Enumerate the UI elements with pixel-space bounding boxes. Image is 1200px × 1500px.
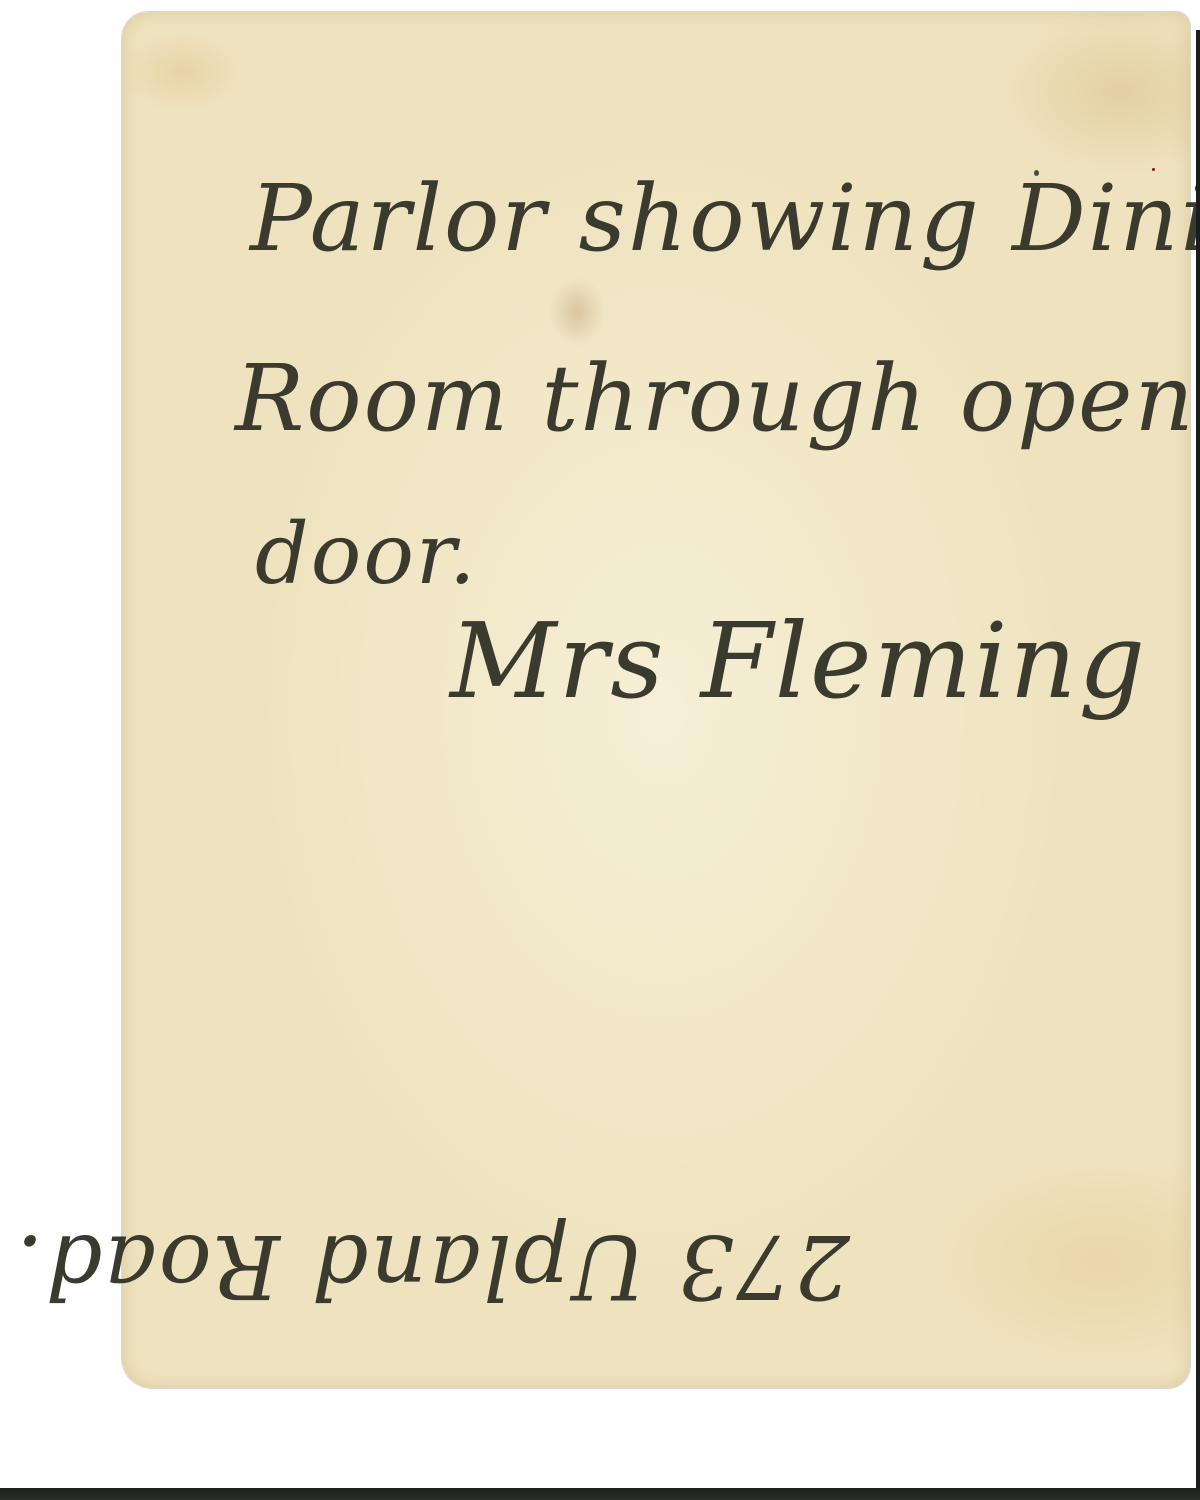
caption-line-1: Parlor showing Dining	[250, 165, 1200, 272]
ink-spot	[1034, 170, 1039, 176]
scanner-bottom-strip	[0, 1488, 1200, 1500]
caption-line-3: door.	[255, 505, 478, 603]
scanner-edge	[1196, 30, 1200, 1488]
signature: Mrs Fleming	[450, 600, 1147, 722]
ink-spot	[1152, 168, 1155, 171]
caption-line-2: Room through open	[235, 345, 1196, 452]
address-upside-down: 273 Upland Road.	[330, 1215, 850, 1318]
